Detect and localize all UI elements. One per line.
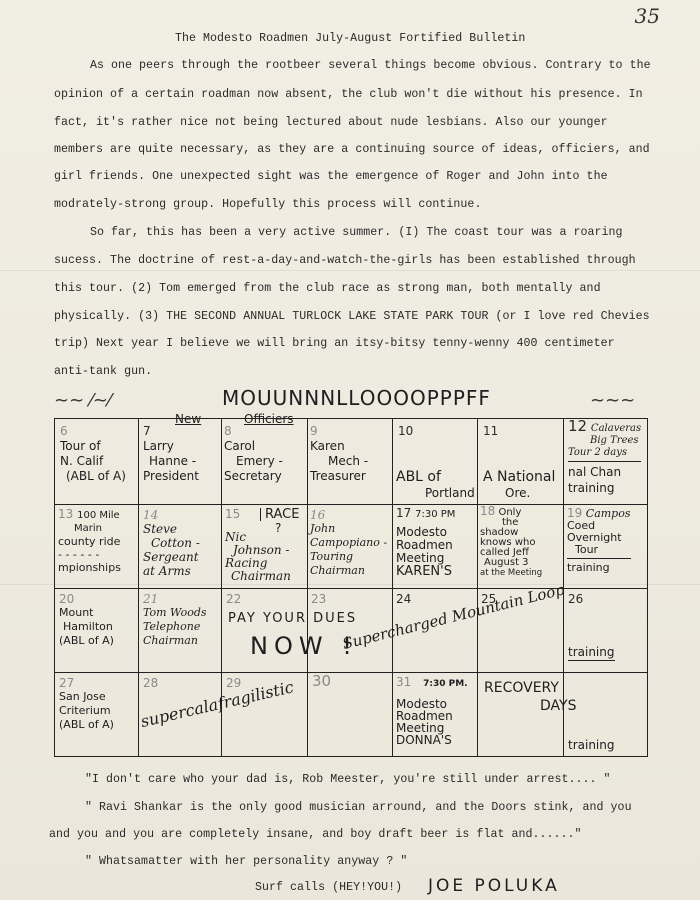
calendar-cell-day-21: 21 Tom Woods Telephone Chairman: [143, 592, 207, 648]
cell-line: Mech -: [310, 454, 368, 469]
calendar-cell-day-9: 9 Karen Mech - Treasurer: [310, 424, 368, 484]
paragraph-1-line: members are quite necessary, as they are…: [54, 143, 650, 156]
meeting-host: DONNA'S: [396, 734, 468, 746]
calendar-cell-day-15: 15 RACE ? Nic Johnson - Racing Chairman: [225, 508, 291, 583]
day-number: 30: [312, 674, 331, 689]
cell-line: Emery -: [224, 454, 283, 469]
cell-line: training: [568, 645, 615, 661]
day-number: 16: [310, 508, 387, 522]
paragraph-2-line: anti-tank gun.: [54, 365, 152, 378]
cell-line: at Arms: [143, 564, 200, 578]
day-number: 11: [483, 424, 498, 439]
cell-line: Hamilton: [59, 620, 114, 634]
pay-your-dues-note: PAY YOUR DUES: [228, 611, 357, 626]
day-number: 17: [396, 506, 411, 520]
day-number: 22: [226, 592, 241, 607]
ore-note: Ore.: [505, 486, 530, 500]
quote-1: "I don't care who your dad is, Rob Meest…: [85, 773, 611, 786]
calendar-cell-day-30: 30: [312, 674, 331, 689]
cell-line: Larry: [143, 439, 199, 454]
cell-line: Carol: [224, 439, 283, 454]
day-number: 19: [567, 506, 582, 520]
cell-line: training: [568, 482, 641, 494]
paragraph-2-line: physically. (3) THE SECOND ANNUAL TURLOC…: [54, 310, 650, 323]
race-note: RACE: [260, 508, 299, 521]
calendar-cell-day-26: 26 training: [568, 592, 615, 661]
meeting-host: KAREN'S: [396, 565, 455, 578]
cell-line: Marin: [58, 522, 121, 535]
cell-line: Criterium: [59, 704, 114, 718]
cell-line: Tour 2 days: [568, 447, 641, 462]
calendar-cell-day-7: 7 Larry Hanne - President: [143, 424, 199, 484]
paragraph-1-line: modrately-strong group. Hopefully this p…: [54, 198, 481, 211]
day-number: 7: [143, 424, 199, 439]
paragraph-1-line: As one peers through the rootbeer severa…: [90, 59, 651, 72]
calendar-cell-day-17: 17 7:30 PM Modesto Roadmen Meeting KAREN…: [396, 507, 455, 578]
national-championships-note: A National: [483, 469, 555, 485]
day-number: 27: [59, 676, 114, 690]
recovery-note: RECOVERY: [484, 680, 559, 696]
cell-line: Chairman: [310, 564, 387, 578]
calendar-cell-day-10: 10: [398, 424, 413, 439]
day-number: 14: [143, 508, 200, 522]
meeting-time: 7:30 PM: [415, 509, 455, 520]
cell-line: Cotton -: [143, 536, 200, 550]
calendar-cell-day-24: 24: [396, 592, 411, 607]
quote-2-continued: and you and you are completely insane, a…: [49, 828, 582, 841]
signature: JOE POLUKA: [428, 876, 560, 896]
calendar-cell-day-27: 27 San Jose Criterium (ABL of A): [59, 676, 114, 732]
paragraph-2-line: this tour. (2) Tom emerged from the club…: [54, 282, 601, 295]
day-number: 13: [58, 507, 73, 521]
cell-line: John: [310, 522, 387, 536]
paragraph-2-line: So far, this has been a very active summ…: [90, 226, 623, 239]
calendar-cell-day-23: 23: [311, 592, 326, 607]
cell-line: training: [567, 562, 631, 574]
calendar-cell-day-22: 22: [226, 592, 241, 607]
calendar-cell-day-28: 28: [143, 676, 158, 691]
cell-line: Sergeant: [143, 550, 200, 564]
calendar-cell-day-11: 11: [483, 424, 498, 439]
cell-line: Karen: [310, 439, 368, 454]
day-number: 21: [143, 592, 207, 606]
day-number: 31: [396, 675, 411, 689]
calendar-cell-day-14: 14 Steve Cotton - Sergeant at Arms: [143, 508, 200, 578]
calendar-cell-day-13: 13 100 Mile Marin county ride - - - - - …: [58, 508, 121, 574]
cell-line: nal Chan: [568, 466, 641, 478]
cell-line: N. Calif: [60, 454, 126, 469]
day-number: 28: [143, 676, 158, 691]
abl-of-portland: Portland: [425, 486, 475, 500]
days-note: DAYS: [540, 698, 576, 714]
calendar-cell-day-12: 12 Calaveras Big Trees Tour 2 days nal C…: [568, 420, 641, 494]
cell-line: (ABL of A): [60, 469, 126, 484]
bulletin-title: The Modesto Roadmen July-August Fortifie…: [175, 32, 525, 45]
cell-line: 100 Mile: [77, 510, 120, 521]
cell-line: Tom Woods: [143, 606, 207, 620]
cell-line: Steve: [143, 522, 200, 536]
paragraph-2-line: sucess. The doctrine of rest-a-day-and-w…: [54, 254, 636, 267]
quote-2: " Ravi Shankar is the only good musician…: [85, 801, 632, 814]
calendar-cell-day-6: 6 Tour of N. Calif (ABL of A): [60, 424, 126, 484]
day-number: 9: [310, 424, 368, 439]
day-number: 12: [568, 417, 587, 435]
day-number: 6: [60, 424, 126, 439]
cell-line: - - - - - -: [58, 548, 121, 561]
meeting-time: 7:30 PM.: [423, 679, 468, 689]
cell-line: Calaveras: [591, 423, 641, 434]
cell-line: Chairman: [225, 570, 291, 583]
question-mark: ?: [275, 522, 281, 535]
quote-3: " Whatsamatter with her personality anyw…: [85, 855, 407, 868]
day-number: 15: [225, 507, 240, 521]
abl-of-portland: ABL of: [396, 469, 441, 485]
cell-line: at the Meeting: [480, 568, 542, 578]
page-number: 35: [635, 4, 660, 28]
cell-line: Mount: [59, 606, 114, 620]
calendar-cell-day-18: 18 Only the shadow knows who called Jeff…: [480, 506, 542, 578]
calendar-cell-day-31: 31 7:30 PM. Modesto Roadmen Meeting DONN…: [396, 676, 468, 746]
paragraph-1-line: fact, it's rather nice not being lecture…: [54, 116, 608, 129]
day-number: 10: [398, 424, 413, 439]
cell-line: Campopiano -: [310, 536, 387, 550]
day-number: 23: [311, 592, 326, 607]
surf-calls-label: Surf calls (HEY!YOU!): [255, 881, 402, 894]
paragraph-1-line: opinion of a certain roadman now absent,…: [54, 88, 643, 101]
cell-line: mpionships: [58, 561, 121, 574]
day-number: 20: [59, 592, 114, 606]
day-number: 26: [568, 592, 615, 607]
squiggle-decoration: ~~ ⁄~⁄: [54, 390, 111, 411]
day-number: 8: [224, 424, 283, 439]
cell-line: Treasurer: [310, 469, 368, 484]
cell-line: county ride: [58, 535, 121, 548]
cell-line: training: [568, 738, 615, 753]
cell-line: Telephone: [143, 620, 207, 634]
day-number: 18: [480, 504, 495, 518]
day-number: 24: [396, 592, 411, 607]
cell-line: August 3: [480, 558, 542, 568]
bulletin-page: 35 The Modesto Roadmen July-August Forti…: [0, 0, 700, 900]
calendar-cell-day-20: 20 Mount Hamilton (ABL of A): [59, 592, 114, 648]
squiggle-decoration: ~~~: [590, 390, 635, 411]
cell-line: Big Trees: [568, 435, 641, 447]
cell-line: Secretary: [224, 469, 283, 484]
calendar-cell-day-8: 8 Carol Emery - Secretary: [224, 424, 283, 484]
cell-line: (ABL of A): [59, 634, 114, 648]
cell-line: San Jose: [59, 690, 114, 704]
calendar-cell-day-16: 16 John Campopiano - Touring Chairman: [310, 508, 387, 578]
cell-line: Tour: [567, 544, 631, 559]
banner-text: MOUUNNNLLOOOOPPPFF: [222, 386, 491, 410]
cell-line: Touring: [310, 550, 387, 564]
cell-line: (ABL of A): [59, 718, 114, 732]
paragraph-2-line: trip) Next year I believe we will bring …: [54, 337, 615, 350]
calendar-cell-day-19: 19 Campos Coed Overnight Tour training: [567, 507, 631, 574]
cell-line: Tour of: [60, 439, 126, 454]
calendar-cell-training: training: [568, 738, 615, 753]
cell-line: President: [143, 469, 199, 484]
paper-fold: [0, 270, 700, 271]
cell-line: Chairman: [143, 634, 207, 648]
cell-line: Hanne -: [143, 454, 199, 469]
paragraph-1-line: girl friends. One unexpected sight was t…: [54, 170, 608, 183]
